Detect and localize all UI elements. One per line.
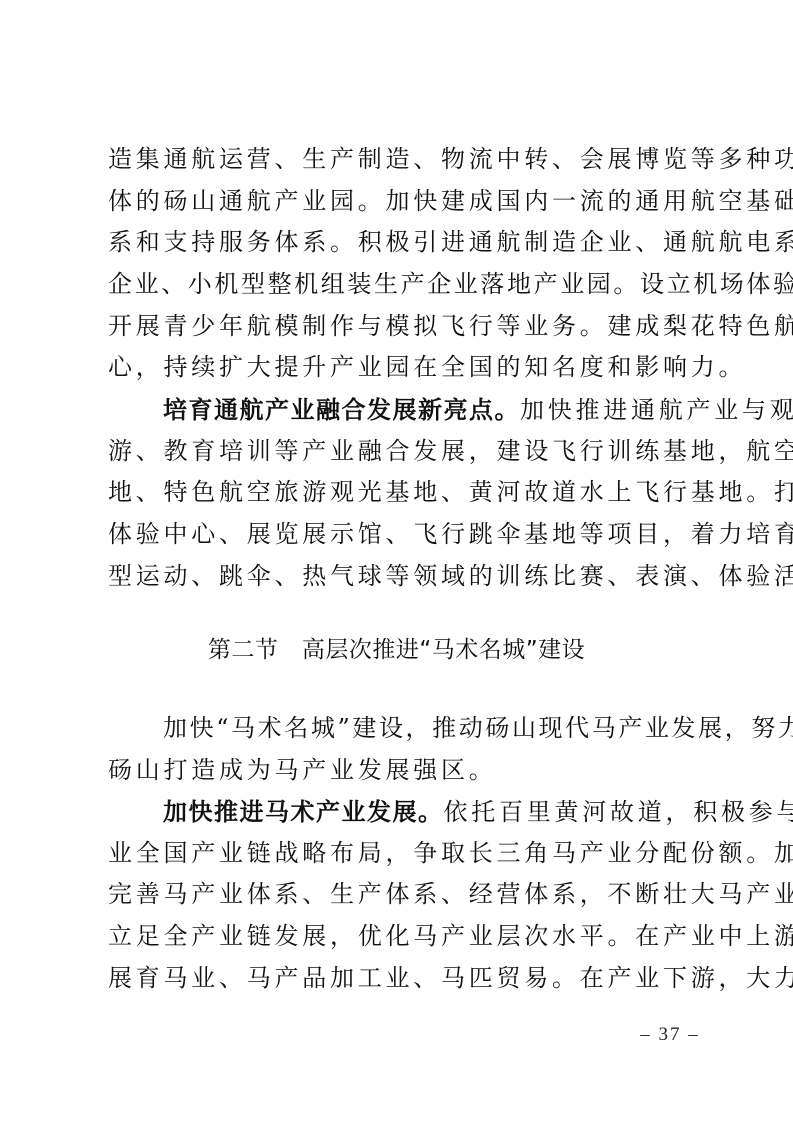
paragraph-aviation-integration: 培育通航产业融合发展新亮点。加快推进通航产业与观光旅 游、教育培训等产业融合发展… [108, 389, 693, 597]
text-line-first: 加快推进马术产业发展。依托百里黄河故道，积极参与马产 [108, 791, 693, 833]
text-line: 展育马业、马产品加工业、马匹贸易。在产业下游，大力发展体 [108, 958, 693, 1000]
text-line: 业全国产业链战略布局，争取长三角马产业分配份额。加快建立 [108, 833, 693, 875]
text-line: 游、教育培训等产业融合发展，建设飞行训练基地，航空运动基 [108, 431, 693, 473]
paragraph-lead-heading: 加快推进马术产业发展。 [163, 797, 444, 826]
paragraph-lead-rest: 加快推进通航产业与观光旅 [520, 396, 793, 424]
section-heading: 第二节 高层次推进“马术名城”建设 [0, 629, 793, 671]
paragraph-equestrian-intro: 加快“马术名城”建设，推动砀山现代马产业发展，努力将 砀山打造成为马产业发展强区… [108, 708, 693, 791]
text-line: 造集通航运营、生产制造、物流中转、会展博览等多种功能为一 [108, 139, 693, 181]
text-line: 砀山打造成为马产业发展强区。 [108, 750, 693, 792]
text-line: 体的砀山通航产业园。加快建成国内一流的通用航空基础设施体 [108, 181, 693, 223]
text-line: 体验中心、展览展示馆、飞行跳伞基地等项目，着力培育航空模 [108, 514, 693, 556]
paragraph-lead-heading: 培育通航产业融合发展新亮点。 [163, 395, 520, 424]
paragraph-equestrian-industry: 加快推进马术产业发展。依托百里黄河故道，积极参与马产 业全国产业链战略布局，争取… [108, 791, 693, 999]
document-page: 造集通航运营、生产制造、物流中转、会展博览等多种功能为一 体的砀山通航产业园。加… [0, 0, 793, 1122]
text-line-first: 培育通航产业融合发展新亮点。加快推进通航产业与观光旅 [108, 389, 693, 431]
text-line: 系和支持服务体系。积极引进通航制造企业、通航航电系统研制 [108, 222, 693, 264]
text-line: 完善马产业体系、生产体系、经营体系，不断壮大马产业经济。 [108, 874, 693, 916]
text-line: 加快“马术名城”建设，推动砀山现代马产业发展，努力将 [108, 708, 693, 750]
text-line: 开展青少年航模制作与模拟飞行等业务。建成梨花特色航展中 [108, 306, 693, 348]
text-line: 心，持续扩大提升产业园在全国的知名度和影响力。 [108, 347, 693, 389]
text-line: 立足全产业链发展，优化马产业层次水平。在产业中上游重点发 [108, 916, 693, 958]
page-number: – 37 – [630, 1020, 710, 1050]
text-line: 企业、小机型整机组装生产企业落地产业园。设立机场体验基地， [108, 264, 693, 306]
paragraph-lead-rest: 依托百里黄河故道，积极参与马产 [444, 798, 793, 826]
text-line: 地、特色航空旅游观光基地、黄河故道水上飞行基地。打造飞行 [108, 472, 693, 514]
paragraph-aviation-park: 造集通航运营、生产制造、物流中转、会展博览等多种功能为一 体的砀山通航产业园。加… [108, 139, 693, 389]
text-line: 型运动、跳伞、热气球等领域的训练比赛、表演、体验活动。 [108, 556, 693, 598]
